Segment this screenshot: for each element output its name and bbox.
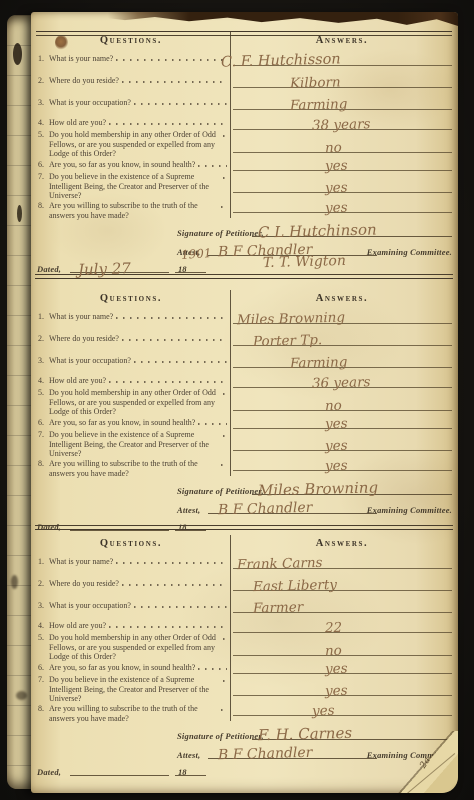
answers-header: Answers. (231, 293, 453, 304)
question-text: How old are you? (49, 621, 106, 631)
dot-leader (198, 165, 227, 167)
answer-line: yes (233, 457, 452, 471)
question-text: Are you willing to subscribe to the trut… (49, 201, 218, 220)
answer-line: Frank Carns (233, 555, 452, 569)
dot-leader (109, 626, 227, 628)
year-line (175, 516, 206, 531)
petition-form-section-2: Questions. Answers. 1.What is your name?… (31, 293, 458, 535)
question-text: What is your name? (49, 54, 113, 64)
dot-leader (198, 668, 227, 670)
question-number: 8. (38, 704, 49, 714)
answer-line: yes (233, 179, 452, 193)
question-row-2: 2.Where do you reside? (38, 76, 227, 86)
question-text: Do you believe in the existence of a Sup… (49, 430, 220, 459)
answer-line: Farming (233, 96, 452, 110)
dot-leader (116, 59, 227, 61)
committee-member-signature: T. T. Wigton (263, 254, 347, 281)
question-text: Do you hold membership in any other Orde… (49, 130, 220, 159)
answers-header: Answers. (231, 538, 453, 549)
petitioner-signature: Miles Browning (258, 480, 378, 498)
question-number: 7. (38, 172, 49, 182)
question-number: 1. (38, 312, 49, 322)
dot-leader (198, 423, 227, 425)
dot-leader (221, 206, 227, 208)
dot-leader (221, 709, 227, 711)
answer-line: no (233, 139, 452, 153)
question-number: 5. (38, 388, 49, 398)
handwritten-answer: yes (325, 417, 348, 431)
question-number: 3. (38, 601, 49, 611)
handwritten-answer: 36 years (312, 376, 371, 391)
question-row-4: 4.How old are you? (38, 621, 227, 631)
answer-line: Porter Tp. (233, 332, 452, 346)
handwritten-answer: Frank Carns (237, 556, 323, 572)
answer-line: 38 years (233, 116, 452, 130)
question-number: 5. (38, 633, 49, 643)
question-text: Are you, so far as you know, in sound he… (49, 663, 195, 673)
question-text: Do you believe in the existence of a Sup… (49, 675, 220, 704)
question-number: 5. (38, 130, 49, 140)
question-text: What is your occupation? (49, 98, 131, 108)
question-number: 6. (38, 418, 49, 428)
question-row-7: 7.Do you believe in the existence of a S… (38, 675, 227, 704)
previous-page-edge (7, 15, 34, 789)
handwritten-answer: Miles Browning (237, 311, 345, 327)
year-line (175, 761, 206, 776)
signature-label: Signature of Petitioner, (177, 228, 264, 238)
attest-label: Attest, (177, 750, 200, 760)
handwritten-answer: yes (325, 662, 348, 676)
question-row-7: 7.Do you believe in the existence of a S… (38, 430, 227, 459)
question-row-3: 3.What is your occupation? (38, 356, 227, 366)
question-text: Are you willing to subscribe to the trut… (49, 459, 218, 478)
handwritten-answer: yes (325, 181, 348, 195)
dot-leader (223, 135, 227, 137)
petitioner-signature: C L Hutchinson (258, 222, 377, 240)
question-text: Where do you reside? (49, 334, 119, 344)
dot-leader (223, 435, 227, 437)
dot-leader (116, 562, 227, 564)
question-row-5: 5.Do you hold membership in any other Or… (38, 130, 227, 159)
answer-line: yes (233, 437, 452, 451)
question-row-6: 6.Are you, so far as you know, in sound … (38, 418, 227, 428)
page-top-stain (31, 12, 458, 26)
answers-header: Answers. (231, 35, 453, 46)
answer-line: Farmer (233, 599, 452, 613)
handwritten-answer: yes (325, 439, 348, 453)
question-row-2: 2.Where do you reside? (38, 579, 227, 589)
dot-leader (122, 584, 227, 586)
examining-committee-label: Examining Committee. (367, 247, 452, 257)
column-divider (230, 290, 231, 476)
petitioner-signature-line: C L Hutchinson (252, 222, 452, 237)
question-number: 6. (38, 663, 49, 673)
question-text: Do you believe in the existence of a Sup… (49, 172, 220, 201)
question-row-1: 1.What is your name? (38, 557, 227, 567)
question-text: How old are you? (49, 376, 106, 386)
petition-form-section-1: Questions. Answers. 1.What is your name?… (31, 35, 458, 277)
question-text: Do you hold membership in any other Orde… (49, 388, 220, 417)
question-row-3: 3.What is your occupation? (38, 98, 227, 108)
answer-line: Kilborn (233, 74, 452, 88)
question-text: Where do you reside? (49, 579, 119, 589)
handwritten-answer: East Liberty (253, 578, 337, 594)
question-text: Are you, so far as you know, in sound he… (49, 418, 195, 428)
handwritten-answer: no (325, 141, 342, 155)
dot-leader (134, 606, 227, 608)
handwritten-answer: C. F. Hutchisson (221, 52, 341, 70)
handwritten-answer: yes (325, 684, 348, 698)
dated-line: July 27 (70, 258, 169, 273)
question-text: How old are you? (49, 118, 106, 128)
question-number: 6. (38, 160, 49, 170)
answer-line: C. F. Hutchisson (233, 52, 452, 66)
answer-line: no (233, 397, 452, 411)
question-row-6: 6.Are you, so far as you know, in sound … (38, 663, 227, 673)
question-row-5: 5.Do you hold membership in any other Or… (38, 633, 227, 662)
questions-header: Questions. (31, 538, 231, 549)
question-row-8: 8.Are you willing to subscribe to the tr… (38, 704, 227, 723)
question-row-1: 1.What is your name? (38, 54, 227, 64)
questions-header: Questions. (31, 35, 231, 46)
attest-signature-line: B F Chandler (208, 499, 377, 514)
question-number: 4. (38, 376, 49, 386)
handwritten-answer: no (325, 644, 342, 658)
answer-line: yes (233, 415, 452, 429)
question-row-4: 4.How old are you? (38, 118, 227, 128)
handwritten-answer: Farming (290, 98, 348, 113)
question-text: What is your occupation? (49, 601, 131, 611)
answer-line: no (233, 642, 452, 656)
question-number: 2. (38, 579, 49, 589)
question-row-8: 8.Are you willing to subscribe to the tr… (38, 459, 227, 478)
question-row-8: 8.Are you willing to subscribe to the tr… (38, 201, 227, 220)
question-text: What is your name? (49, 557, 113, 567)
question-number: 8. (38, 201, 49, 211)
answer-line: 36 years (233, 374, 452, 388)
handwritten-answer: Farmer (253, 601, 304, 616)
dot-leader (223, 393, 227, 395)
question-row-7: 7.Do you believe in the existence of a S… (38, 172, 227, 201)
handwritten-year: 1901 (181, 246, 212, 262)
question-text: What is your name? (49, 312, 113, 322)
question-number: 7. (38, 675, 49, 685)
dated-label: Dated, (37, 767, 61, 777)
handwritten-answer: 22 (325, 621, 343, 635)
handwritten-answer: Kilborn (290, 76, 341, 91)
dated-line (70, 761, 169, 776)
handwritten-answer: yes (312, 704, 335, 718)
ink-blot (17, 205, 22, 222)
dot-leader (116, 317, 227, 319)
handwritten-answer: yes (325, 459, 348, 473)
answer-line: yes (233, 682, 452, 696)
question-number: 2. (38, 76, 49, 86)
petition-ledger-page: Questions. Answers. 1.What is your name?… (31, 12, 458, 793)
question-number: 8. (38, 459, 49, 469)
dot-leader (122, 339, 227, 341)
signature-label: Signature of Petitioner, (177, 486, 264, 496)
column-divider (230, 535, 231, 721)
attest-label: Attest, (177, 505, 200, 515)
question-text: Where do you reside? (49, 76, 119, 86)
answer-line: Farming (233, 354, 452, 368)
answer-line: yes (233, 157, 452, 171)
dot-leader (134, 103, 227, 105)
handwritten-answer: Farming (290, 356, 348, 371)
handwritten-answer: 38 years (312, 118, 371, 133)
folded-corner: 2a (390, 731, 458, 793)
dot-leader (109, 381, 227, 383)
scanned-ledger-photo: Questions. Answers. 1.What is your name?… (0, 0, 474, 800)
question-row-6: 6.Are you, so far as you know, in sound … (38, 160, 227, 170)
handwritten-answer: Porter Tp. (253, 334, 323, 349)
dot-leader (109, 123, 227, 125)
dated-line (70, 516, 169, 531)
question-row-1: 1.What is your name? (38, 312, 227, 322)
question-text: What is your occupation? (49, 356, 131, 366)
question-row-2: 2.Where do you reside? (38, 334, 227, 344)
answer-line: yes (233, 199, 452, 213)
question-number: 1. (38, 557, 49, 567)
attest-signature: B F Chandler (218, 501, 313, 517)
answer-line: Miles Browning (233, 310, 452, 324)
dot-leader (134, 361, 227, 363)
question-row-3: 3.What is your occupation? (38, 601, 227, 611)
ink-blot (11, 575, 18, 589)
dot-leader (122, 81, 227, 83)
question-row-4: 4.How old are you? (38, 376, 227, 386)
handwritten-date: July 27 (78, 261, 131, 277)
handwritten-answer: no (325, 399, 342, 413)
answer-line: 22 (233, 619, 452, 633)
signature-label: Signature of Petitioner, (177, 731, 264, 741)
question-number: 1. (38, 54, 49, 64)
question-text: Do you hold membership in any other Orde… (49, 633, 220, 662)
handwritten-answer: yes (325, 159, 348, 173)
attest-signature-line: B F Chandler (208, 744, 377, 759)
dated-label: Dated, (37, 264, 61, 274)
question-number: 4. (38, 621, 49, 631)
question-number: 3. (38, 98, 49, 108)
dot-leader (221, 464, 227, 466)
ink-blot (16, 691, 27, 700)
dot-leader (223, 680, 227, 682)
questions-header: Questions. (31, 293, 231, 304)
answer-line: East Liberty (233, 577, 452, 591)
dot-leader (223, 177, 227, 179)
attest-signature: B F Chandler (218, 746, 313, 762)
question-number: 7. (38, 430, 49, 440)
handwritten-answer: yes (325, 201, 348, 215)
question-row-5: 5.Do you hold membership in any other Or… (38, 388, 227, 417)
answer-line: yes (233, 702, 452, 716)
ink-blot (13, 43, 22, 65)
question-text: Are you willing to subscribe to the trut… (49, 704, 218, 723)
petitioner-signature-line: Miles Browning (252, 480, 452, 495)
dot-leader (223, 638, 227, 640)
dated-label: Dated, (37, 522, 61, 532)
question-number: 2. (38, 334, 49, 344)
question-text: Are you, so far as you know, in sound he… (49, 160, 195, 170)
petitioner-signature: F. H. Carnes (258, 726, 352, 743)
examining-committee-label: Examining Committee. (367, 505, 452, 515)
answer-line: yes (233, 660, 452, 674)
question-number: 4. (38, 118, 49, 128)
question-number: 3. (38, 356, 49, 366)
